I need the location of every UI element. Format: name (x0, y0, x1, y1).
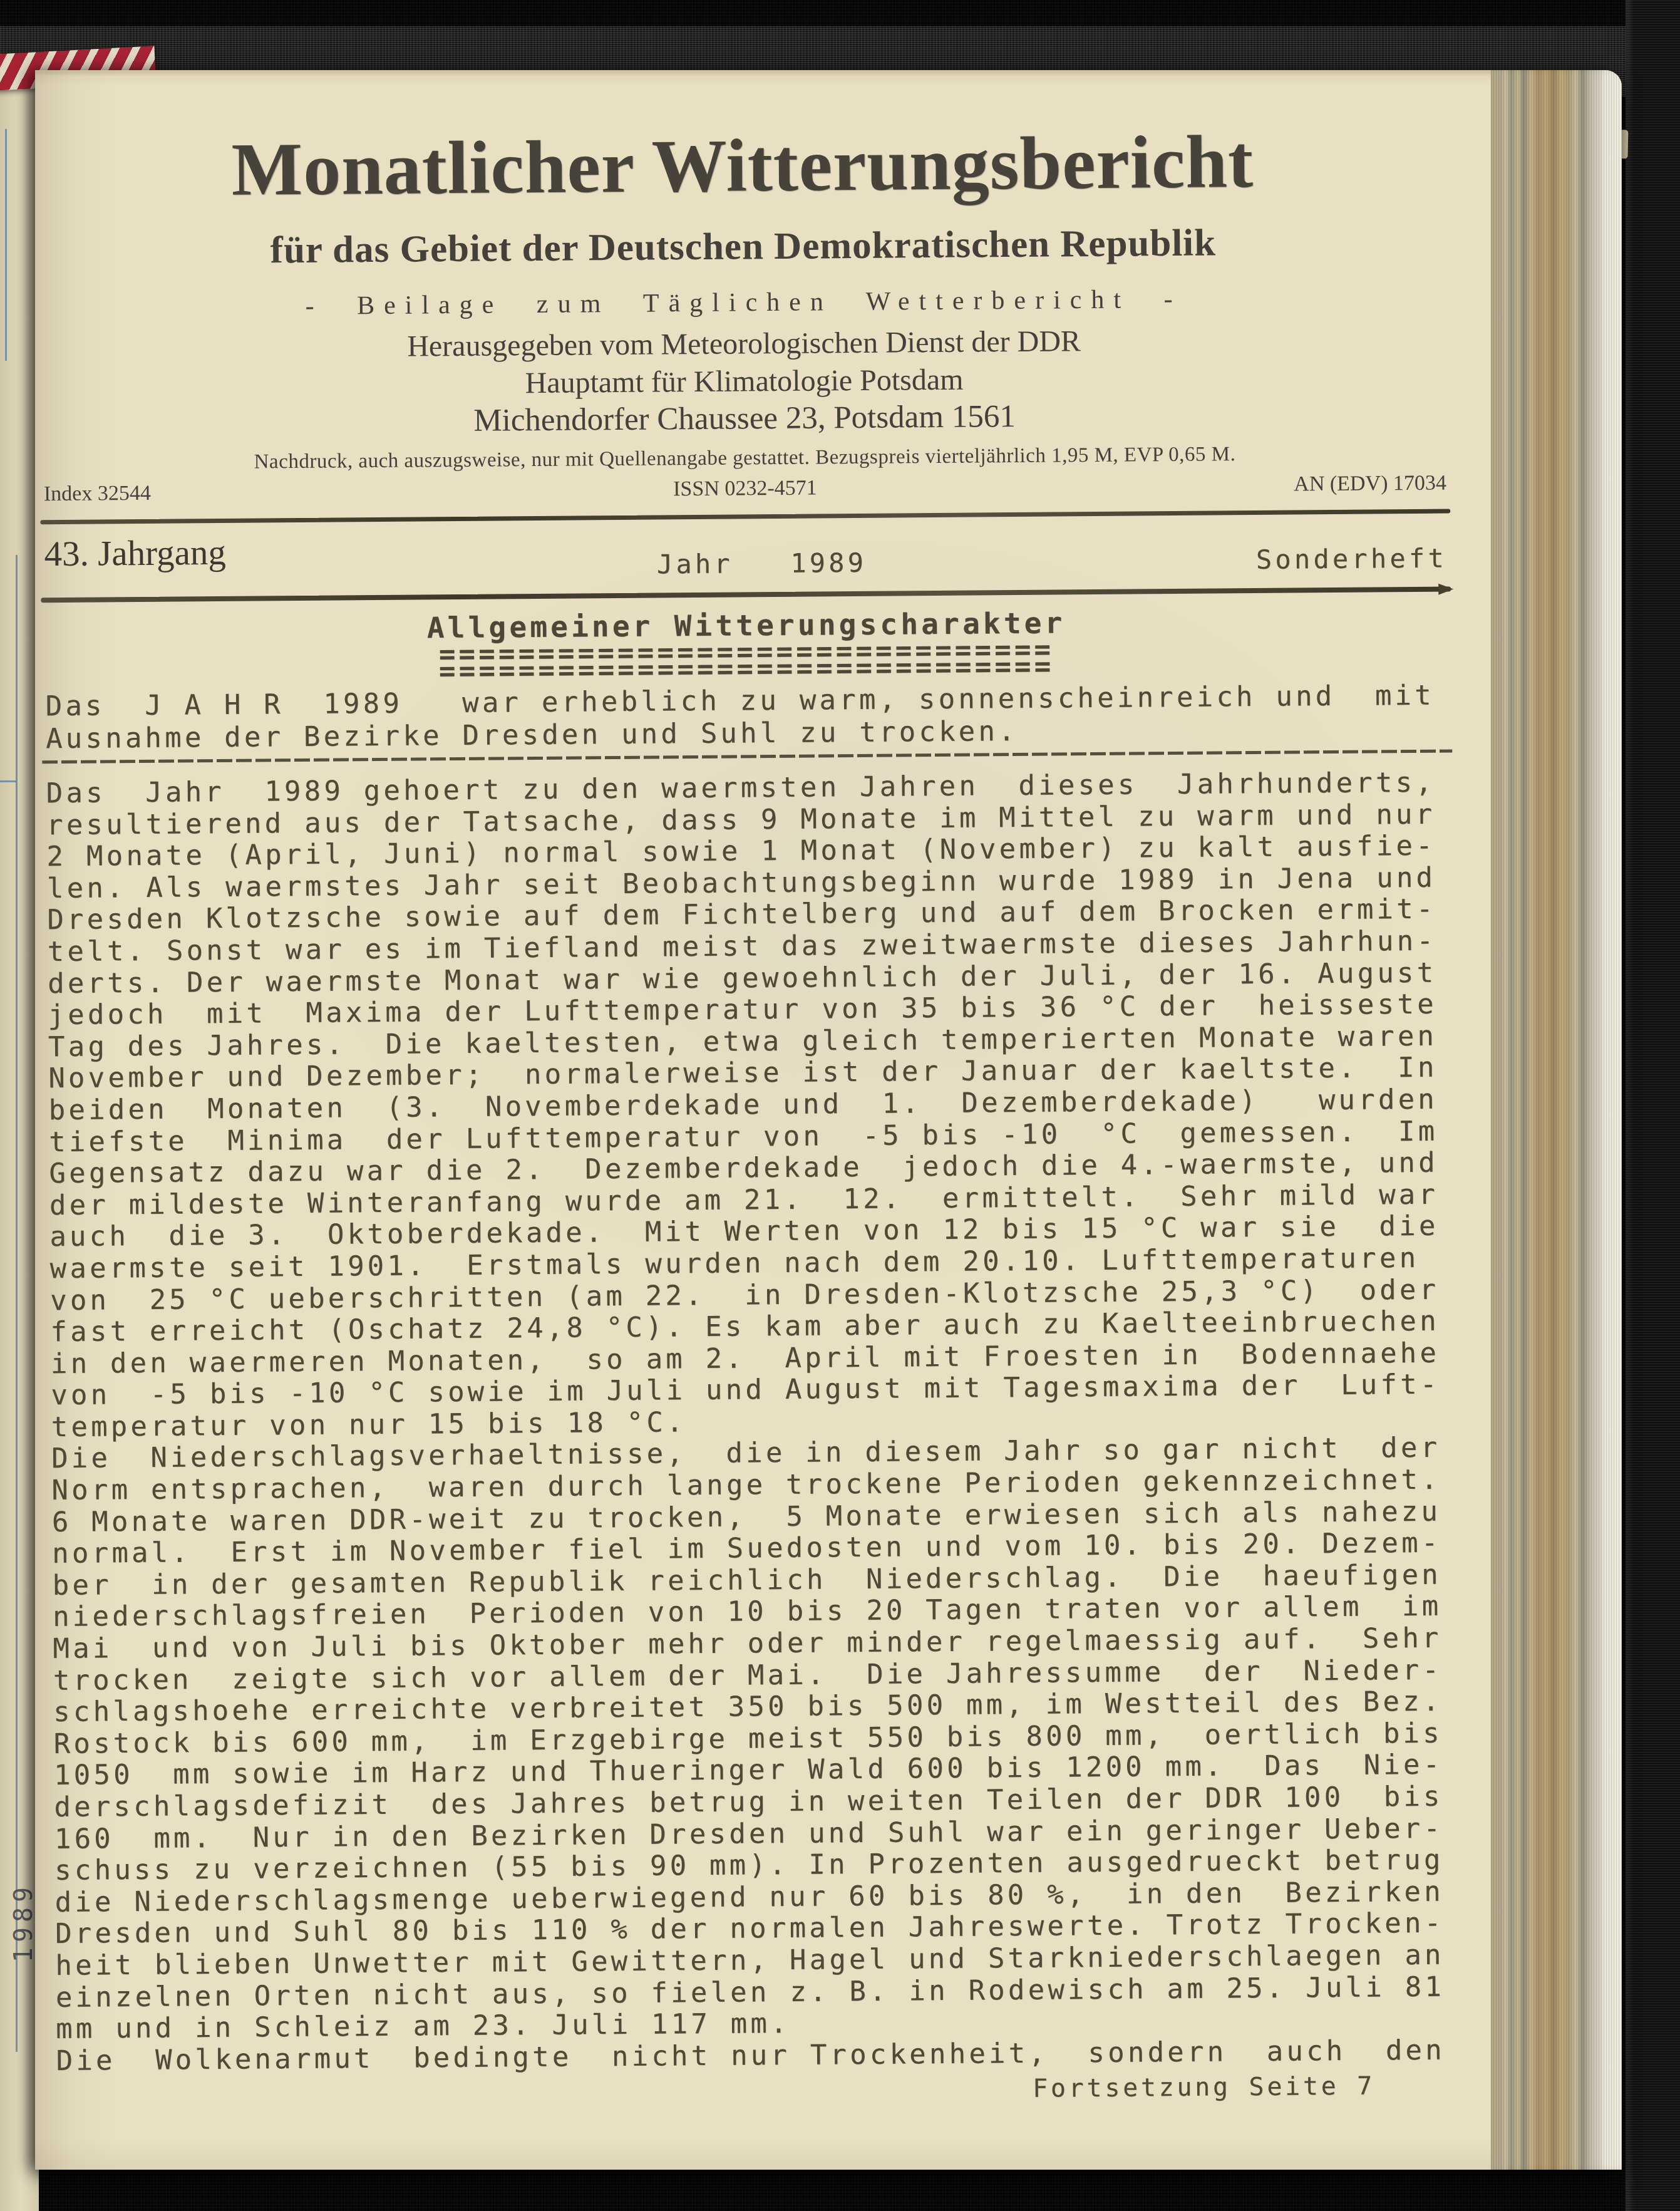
index-row: Index 32544 ISSN 0232-4571 AN (EDV) 1703… (44, 472, 1446, 507)
continuation-note: Fortsetzung Seite 7 (56, 2072, 1375, 2111)
lead-paragraph: Das J A H R 1989 war erheblich zu warm, … (45, 680, 1435, 755)
issue-type-label: Sonderheft (44, 543, 1447, 585)
page-content: Monatlicher Witterungsbericht für das Ge… (27, 59, 1499, 2170)
issn-number: ISSN 0232-4571 (511, 475, 979, 502)
scanned-report-page: Monatlicher Witterungsbericht für das Ge… (35, 70, 1622, 2170)
under-page-frame-line (16, 555, 18, 2052)
copyright-line: Nachdruck, auch auszugsweise, nur mit Qu… (43, 442, 1446, 476)
under-page-frame-corner (0, 780, 16, 782)
book-fore-edge-pages (1491, 70, 1622, 2170)
an-edv-number: AN (EDV) 17034 (979, 472, 1446, 499)
under-page-frame-line (5, 129, 7, 361)
book-cover-right-band (1626, 0, 1680, 2211)
supplement-line: - Beilage zum Täglichen Wetterbericht - (42, 282, 1445, 324)
index-number: Index 32544 (44, 479, 512, 506)
body-text: Das Jahr 1989 gehoert zu den waermsten J… (46, 767, 1446, 2078)
page-title: Monatlicher Witterungsbericht (41, 120, 1444, 212)
horizontal-rule-bottom (41, 587, 1451, 603)
horizontal-rule-top (40, 509, 1450, 525)
page-subtitle: für das Gebiet der Deutschen Demokratisc… (42, 220, 1445, 275)
under-page-rotated-year: 1989 (9, 1882, 38, 1962)
